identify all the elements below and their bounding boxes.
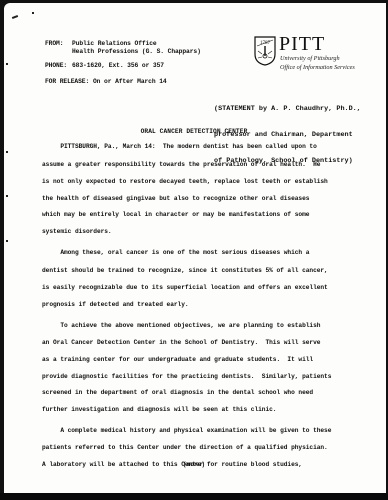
body-line: dentist should be trained to recognize, … [42, 267, 328, 274]
body-line: Among these, oral cancer is one of the m… [42, 249, 309, 256]
statement-line: (STATEMENT by A. P. Chaudhry, Ph.D., [214, 105, 361, 114]
scan-speck [6, 63, 8, 65]
scan-speck [6, 151, 8, 153]
scan-speck [6, 195, 8, 197]
logo-office: Office of Information Services [280, 64, 355, 71]
from-label: FROM: [45, 40, 63, 48]
body-line: provide diagnostic facilities for the pr… [42, 373, 331, 380]
document-page [4, 3, 386, 493]
scan-edge [0, 493, 388, 500]
body-line: which may be entirely local in character… [42, 211, 309, 218]
body-line: patients referred to this Center under t… [42, 444, 328, 451]
pitt-logo: 1787 PITT University of Pittsburgh Offic… [254, 36, 374, 76]
body-line: as a training center for our undergradua… [42, 356, 313, 363]
document-title: ORAL CANCER DETECTION CENTER [0, 128, 388, 135]
body-line: an Oral Cancer Detection Center in the S… [42, 339, 320, 346]
body-line: is easily recognizable due to its superf… [42, 284, 328, 291]
body-line: further investigation and diagnosis will… [42, 406, 276, 413]
body-line: prognosis if detected and treated early. [42, 301, 189, 308]
body-line: assume a greater responsibility towards … [42, 161, 320, 168]
from-line-1: Public Relations Office [72, 40, 157, 48]
university-shield-icon: 1787 [254, 36, 276, 66]
body-line: is not only expected to restore decayed … [42, 178, 328, 185]
body-line: screened in the department of oral diagn… [42, 389, 313, 396]
body-line: the health of diseased gingivae but also… [42, 195, 309, 202]
body-line: A complete medical history and physical … [42, 427, 331, 434]
logo-wordmark: PITT [279, 33, 325, 56]
body-line: To achieve the above mentioned objective… [42, 322, 320, 329]
logo-university: University of Pittsburgh [280, 55, 340, 62]
scan-speck [32, 12, 34, 14]
release-label: FOR RELEASE: [45, 78, 89, 86]
phone-value: 683-1620, Ext. 356 or 357 [72, 62, 164, 70]
from-line-2: Health Professions (G. S. Chappars) [72, 48, 201, 56]
body-line: systemic disorders. [42, 228, 112, 235]
continuation-marker: (more) [0, 461, 388, 468]
release-value: On or After March 14 [93, 78, 167, 86]
scan-speck [6, 240, 8, 242]
body-line: PITTSBURGH, Pa., March 14: The modern de… [42, 143, 317, 150]
phone-label: PHONE: [45, 62, 67, 70]
